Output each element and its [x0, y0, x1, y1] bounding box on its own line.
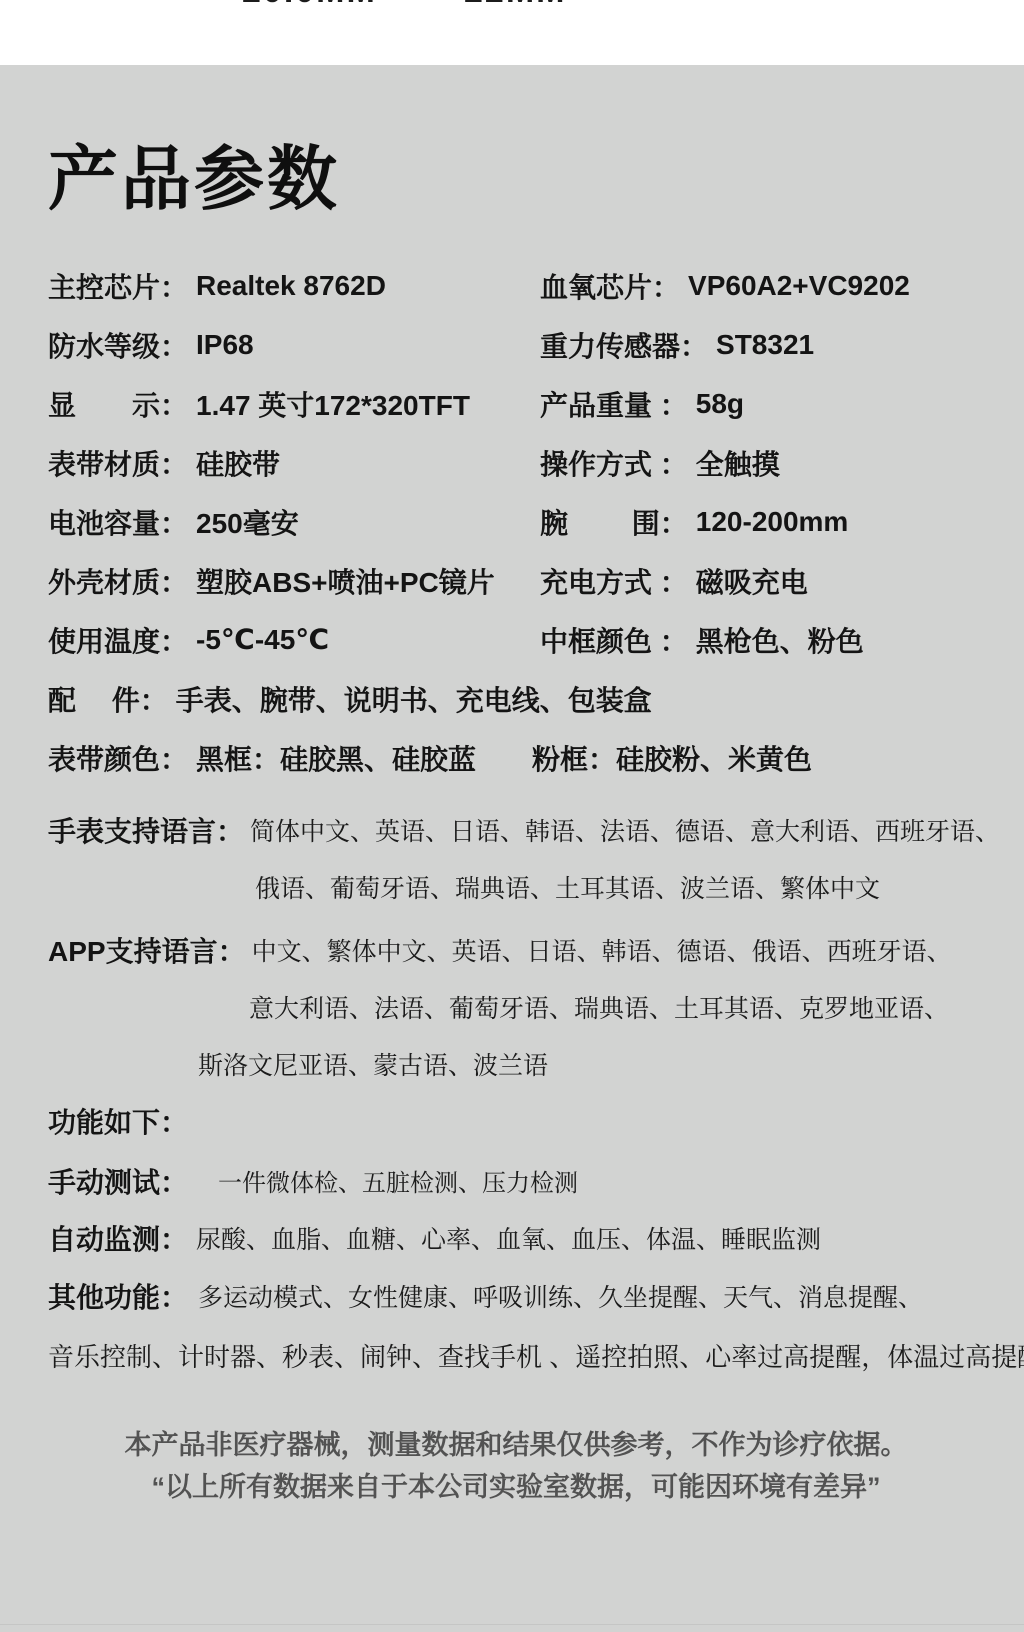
manual-test-label: 手动测试： [48, 1161, 188, 1201]
spec-product-weight: 产品重量 ： 58g [540, 374, 984, 433]
spec-value: 120-200mm [696, 506, 849, 538]
spec-charging-method: 充电方式 ： 磁吸充电 [540, 551, 984, 610]
page-title: 产品参数 [48, 65, 984, 215]
other-functions-row: 其他功能： 多运动模式、女性健康、呼吸训练、久坐提醒、天气、消息提醒、 [48, 1267, 984, 1324]
app-languages-value-cont: 意大利语、法语、葡萄牙语、瑞典语、土耳其语、克罗地亚语、 [249, 989, 949, 1025]
other-functions-value: 多运动模式、女性健康、呼吸训练、久坐提醒、天气、消息提醒、 [198, 1278, 923, 1314]
spec-label: 重力传感器： [540, 325, 708, 365]
disclaimer-line1: 本产品非医疗器械，测量数据和结果仅供参考，不作为诊疗依据。 [48, 1424, 984, 1466]
spec-value: 硅胶带 [196, 443, 280, 483]
spec-label: 主控芯片： [48, 266, 188, 306]
spec-label: 操作方式 ： [540, 443, 688, 483]
spec-label: 外壳材质： [48, 561, 188, 601]
other-functions-value-line2: 音乐控制、计时器、秒表、闹钟、查找手机 、遥控拍照、心率过高提醒，体温过高提醒 [48, 1327, 984, 1384]
app-languages-line2: 意大利语、法语、葡萄牙语、瑞典语、土耳其语、克罗地亚语、 [249, 978, 984, 1035]
spec-label: 使用温度： [48, 620, 188, 660]
spec-gravity-sensor: 重力传感器： ST8321 [540, 315, 984, 374]
spec-value: 250毫安 [196, 502, 299, 542]
spec-strap-colors: 表带颜色： 黑框：硅胶黑、硅胶蓝 粉框：硅胶粉、米黄色 [48, 728, 984, 787]
functions-heading: 功能如下： [48, 1092, 984, 1149]
spec-case-material: 外壳材质： 塑胶ABS+喷油+PC镜片 [48, 551, 540, 610]
section-bottom-divider [0, 1624, 1024, 1625]
spec-value: 黑框：硅胶黑、硅胶蓝 粉框：硅胶粉、米黄色 [196, 738, 812, 778]
spec-main-chip: 主控芯片： Realtek 8762D [48, 256, 540, 315]
disclaimer-line2: “以上所有数据来自于本公司实验室数据，可能因环境有差异” [48, 1466, 984, 1508]
manual-test-value: 一件微体检、五脏检测、压力检测 [218, 1163, 578, 1198]
spec-value: 全触摸 [696, 443, 780, 483]
top-strip: 20.0MM 22MM [0, 0, 1024, 65]
spec-value: Realtek 8762D [196, 270, 386, 302]
spec-waterproof-rating: 防水等级： IP68 [48, 315, 540, 374]
spec-strap-material: 表带材质： 硅胶带 [48, 433, 540, 492]
auto-monitor-row: 自动监测： 尿酸、血脂、血糖、心率、血氧、血压、体温、睡眠监测 [48, 1209, 984, 1266]
spec-label: 血氧芯片： [540, 266, 680, 306]
spec-operating-temperature: 使用温度： -5℃-45℃ [48, 610, 540, 669]
spec-value: 塑胶ABS+喷油+PC镜片 [196, 561, 495, 601]
spec-label: 产品重量 ： [540, 384, 688, 424]
spec-value: IP68 [196, 329, 254, 361]
auto-monitor-value: 尿酸、血脂、血糖、心率、血氧、血压、体温、睡眠监测 [196, 1220, 821, 1256]
app-languages-line1: APP支持语言： 中文、繁体中文、英语、日语、韩语、德语、俄语、西班牙语、 [48, 921, 984, 978]
spec-label: 中框颜色 ： [540, 620, 688, 660]
spec-label: 显 示： [48, 384, 188, 424]
app-languages-value-cont2: 斯洛文尼亚语、蒙古语、波兰语 [198, 1046, 548, 1082]
spec-operation-mode: 操作方式 ： 全触摸 [540, 433, 984, 492]
spec-value: 1.47 英寸172*320TFT [196, 384, 470, 424]
disclaimer: 本产品非医疗器械，测量数据和结果仅供参考，不作为诊疗依据。 “以上所有数据来自于… [48, 1424, 984, 1508]
watch-languages-value-cont: 俄语、葡萄牙语、瑞典语、土耳其语、波兰语、繁体中文 [255, 869, 880, 905]
spec-battery-capacity: 电池容量： 250毫安 [48, 492, 540, 551]
spec-wrist-size: 腕 围： 120-200mm [540, 492, 984, 551]
spec-value: -5℃-45℃ [196, 623, 329, 656]
app-languages-value: 中文、繁体中文、英语、日语、韩语、德语、俄语、西班牙语、 [252, 932, 952, 968]
watch-languages-block: 手表支持语言： 简体中文、英语、日语、韩语、法语、德语、意大利语、西班牙语、 俄… [48, 801, 984, 915]
spec-label: 表带颜色： [48, 738, 188, 778]
app-languages-label: APP支持语言： [48, 930, 246, 970]
spec-label: 配 件： [48, 679, 168, 719]
app-languages-line3: 斯洛文尼亚语、蒙古语、波兰语 [198, 1035, 984, 1092]
spec-label: 电池容量： [48, 502, 188, 542]
spec-value: VP60A2+VC9202 [688, 270, 910, 302]
spec-value: ST8321 [716, 329, 814, 361]
spec-value: 黑枪色、粉色 [696, 620, 864, 660]
spec-value: 手表、腕带、说明书、充电线、包装盒 [176, 679, 652, 719]
spec-label: 充电方式 ： [540, 561, 688, 601]
other-functions-label: 其他功能： [48, 1276, 188, 1316]
spec-accessories: 配 件： 手表、腕带、说明书、充电线、包装盒 [48, 669, 984, 728]
watch-languages-label: 手表支持语言： [48, 810, 244, 850]
spec-frame-color: 中框颜色 ： 黑枪色、粉色 [540, 610, 984, 669]
band-width-label-right: 22MM [464, 0, 566, 8]
spec-value: 58g [696, 388, 744, 420]
spec-display: 显 示： 1.47 英寸172*320TFT [48, 374, 540, 433]
product-parameters-section: 产品参数 主控芯片： Realtek 8762D 血氧芯片： VP60A2+VC… [0, 65, 1024, 1632]
spec-grid: 主控芯片： Realtek 8762D 血氧芯片： VP60A2+VC9202 … [48, 256, 984, 787]
band-width-label-left: 20.0MM [242, 0, 377, 8]
spec-label: 防水等级： [48, 325, 188, 365]
watch-languages-line2: 俄语、葡萄牙语、瑞典语、土耳其语、波兰语、繁体中文 [255, 858, 984, 915]
spec-blood-oxygen-chip: 血氧芯片： VP60A2+VC9202 [540, 256, 984, 315]
watch-languages-line1: 手表支持语言： 简体中文、英语、日语、韩语、法语、德语、意大利语、西班牙语、 [48, 801, 984, 858]
manual-test-row: 手动测试： 一件微体检、五脏检测、压力检测 [48, 1152, 984, 1209]
spec-label: 表带材质： [48, 443, 188, 483]
auto-monitor-label: 自动监测： [48, 1218, 188, 1258]
spec-label: 腕 围： [540, 502, 688, 542]
watch-languages-value: 简体中文、英语、日语、韩语、法语、德语、意大利语、西班牙语、 [250, 812, 1000, 848]
spec-value: 磁吸充电 [696, 561, 808, 601]
app-languages-block: APP支持语言： 中文、繁体中文、英语、日语、韩语、德语、俄语、西班牙语、 意大… [48, 921, 984, 1092]
